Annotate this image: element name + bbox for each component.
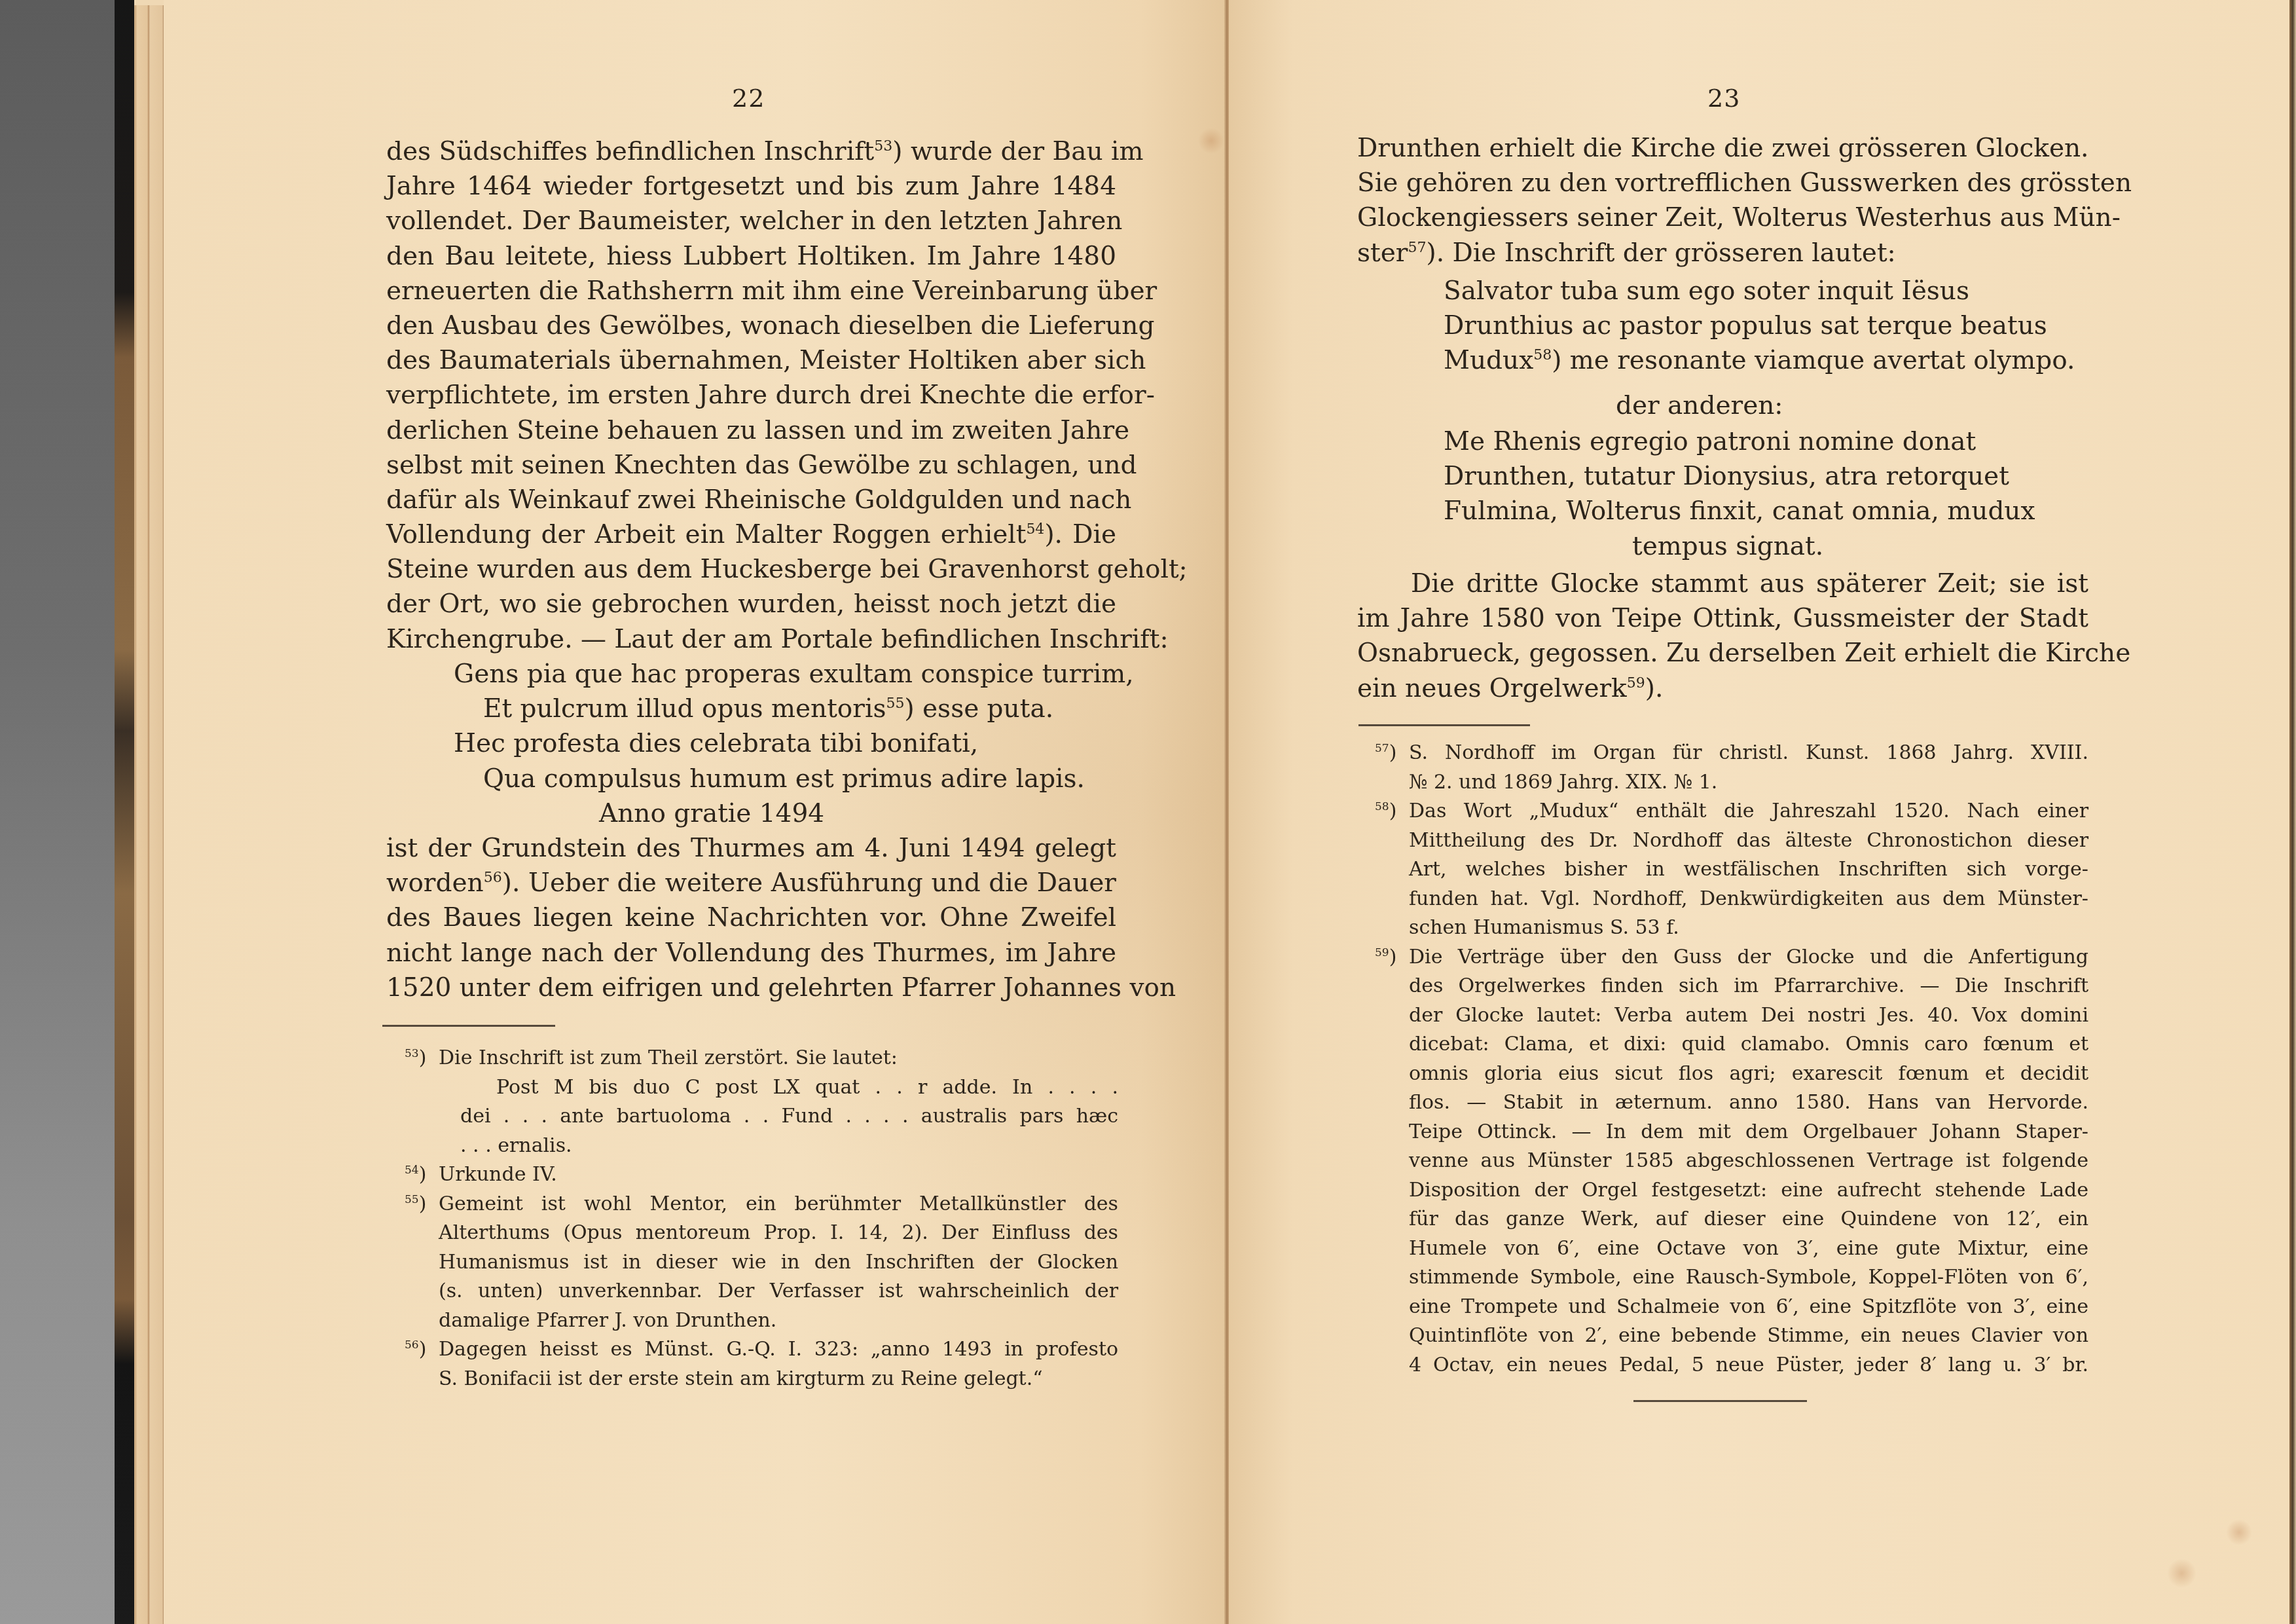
footnote-55-line: Alterthums (Opus mentoreum Prop. I. 14, …: [405, 1219, 1118, 1248]
footnote-59-line: Disposition der Orgel festgesetzt: eine …: [1375, 1176, 2088, 1206]
right-page-edge: [2289, 0, 2296, 1624]
left-footnotes: 53)Die Inschrift ist zum Theil zerstört.…: [405, 1044, 1118, 1393]
text-line: ist der Grundstein des Thurmes am 4. Jun…: [386, 831, 1116, 866]
footnote-59: 59)Die Verträge über den Guss der Glocke…: [1375, 943, 2088, 972]
footnote-55-line: (s. unten) unverkennbar. Der Verfasser i…: [405, 1277, 1118, 1306]
footnote-ref[interactable]: 54: [1026, 521, 1044, 538]
footnote-58: 58)Das Wort „Mudux“ enthält die Jahresza…: [1375, 797, 2088, 826]
paper-stain: [2226, 1519, 2252, 1545]
left-body-text: des Südschiffes befindlichen Inschrift53…: [386, 134, 1116, 657]
text-line: 1520 unter dem eifrigen und gelehrten Pf…: [386, 970, 1116, 1005]
text-line: nicht lange nach der Vollendung des Thur…: [386, 936, 1116, 970]
footnote-57: 57)S. Nordhoff im Organ für christl. Kun…: [1375, 739, 2088, 768]
verse-line: Qua compulsus humum est primus adire lap…: [386, 762, 1116, 796]
footnote-59-line: Humele von 6′, eine Octave von 3′, eine …: [1375, 1234, 2088, 1264]
footnote-ref[interactable]: 58: [1533, 347, 1552, 363]
footnote-59-line: dicebat: Clama, et dixi: quid clamabo. O…: [1375, 1030, 2088, 1060]
footnote-55-line: damalige Pfarrer J. von Drunthen.: [405, 1306, 1118, 1336]
verse-line: Mudux58) me resonante viamque avertat ol…: [1357, 343, 2088, 378]
footnote-53: 53)Die Inschrift ist zum Theil zerstört.…: [405, 1044, 1118, 1073]
text-line: ein neues Orgelwerk59).: [1357, 671, 2088, 706]
footnote-59-line: venne aus Münster 1585 abgeschlossenen V…: [1375, 1147, 2088, 1176]
text-line: ster57). Die Inschrift der grösseren lau…: [1357, 236, 2088, 270]
footnote-59-line: 4 Octav, ein neues Pedal, 5 neue Püster,…: [1375, 1351, 2088, 1380]
footnote-53-line: dei . . . ante bartuoloma . . Fund . . .…: [405, 1102, 1118, 1132]
verse-line: Drunthen, tutatur Dionysius, atra retorq…: [1357, 459, 2088, 494]
text-line: selbst mit seinen Knechten das Gewölbe z…: [386, 448, 1116, 483]
text-line: im Jahre 1580 von Teipe Ottink, Gussmeis…: [1357, 601, 2088, 636]
text-line: Glockengiessers seiner Zeit, Wolterus We…: [1357, 200, 2088, 235]
left-body-text-continued: ist der Grundstein des Thurmes am 4. Jun…: [386, 831, 1116, 1005]
footnote-59-line: der Glocke lautet: Verba autem Dei nostr…: [1375, 1001, 2088, 1031]
footnote-59-line: omnis gloria eius sicut flos agri; exare…: [1375, 1060, 2088, 1089]
paper-stain: [1198, 128, 1224, 154]
text-line: derlichen Steine behauen zu lassen und i…: [386, 413, 1116, 448]
footnote-59-line: für das ganze Werk, auf dieser eine Quin…: [1375, 1205, 2088, 1234]
page-number-left: 22: [732, 84, 765, 113]
text-line: vollendet. Der Baumeister, welcher in de…: [386, 204, 1116, 238]
verse-line: Gens pia que hac properas exultam conspi…: [386, 657, 1116, 692]
right-body-text-continued: Die dritte Glocke stammt aus späterer Ze…: [1357, 566, 2088, 706]
footnote-58-line: Art, welches bisher in westfälischen Ins…: [1375, 855, 2088, 885]
footnote-separator: [382, 1025, 555, 1027]
verse-line: Salvator tuba sum ego soter inquit Iësus: [1357, 274, 2088, 308]
verse-line: Et pulcrum illud opus mentoris55) esse p…: [386, 692, 1116, 726]
footnote-58-line: Mittheilung des Dr. Nordhoff das älteste…: [1375, 826, 2088, 856]
footnote-ref[interactable]: 53: [874, 138, 892, 155]
footnote-54: 54)Urkunde IV.: [405, 1160, 1118, 1190]
text-line: des Südschiffes befindlichen Inschrift53…: [386, 134, 1116, 169]
der-anderen-label: der anderen:: [1357, 388, 2088, 423]
text-line: des Baues liegen keine Nachrichten vor. …: [386, 900, 1116, 935]
verse-line: Drunthius ac pastor populus sat terque b…: [1357, 308, 2088, 343]
footnote-59-line: Teipe Ottinck. — In dem mit dem Orgelbau…: [1375, 1118, 2088, 1147]
page-edges: [134, 5, 164, 1624]
footnote-55: 55)Gemeint ist wohl Mentor, ein berühmte…: [405, 1190, 1118, 1219]
scanner-background: [0, 0, 115, 1624]
page-number-right: 23: [1707, 84, 1740, 113]
footnote-ref[interactable]: 55: [886, 695, 904, 712]
footnote-59-line: Quintinflöte von 2′, eine bebende Stimme…: [1375, 1321, 2088, 1351]
text-line: Osnabrueck, gegossen. Zu derselben Zeit …: [1357, 636, 2088, 671]
text-line: Vollendung der Arbeit ein Malter Roggen …: [386, 517, 1116, 552]
footnote-separator: [1358, 724, 1530, 726]
footnote-59-line: eine Trompete und Schalmeie von 6′, eine…: [1375, 1293, 2088, 1322]
text-line: den Bau leitete, hiess Lubbert Holtiken.…: [386, 239, 1116, 274]
footnote-58-line: funden hat. Vgl. Nordhoff, Denkwürdigkei…: [1375, 885, 2088, 914]
text-line: Steine wurden aus dem Huckesberge bei Gr…: [386, 552, 1116, 587]
footnote-ref[interactable]: 59: [1627, 675, 1645, 692]
text-line: der Ort, wo sie gebrochen wurden, heisst…: [386, 587, 1116, 621]
verse-line: Fulmina, Wolterus finxit, canat omnia, m…: [1357, 494, 2088, 528]
text-line: worden56). Ueber die weitere Ausführung …: [386, 866, 1116, 900]
text-line: den Ausbau des Gewölbes, wonach dieselbe…: [386, 308, 1116, 343]
footnote-58-line: schen Humanismus S. 53 f.: [1375, 913, 2088, 943]
footnote-53-line: Post M bis duo C post LX quat . . r adde…: [405, 1073, 1118, 1103]
footnote-59-line: stimmende Symbole, eine Rausch-Symbole, …: [1375, 1263, 2088, 1293]
verse-line: Anno gratie 1494: [386, 796, 1116, 831]
bell-inscription-1: Salvator tuba sum ego soter inquit Iësus…: [1357, 274, 2088, 378]
footnote-59-line: des Orgelwerkes finden sich im Pfarrarch…: [1375, 972, 2088, 1001]
footnote-ref[interactable]: 56: [484, 870, 502, 886]
left-inscription: Gens pia que hac properas exultam conspi…: [386, 657, 1116, 831]
footnote-55-line: Humanismus ist in dieser wie in den Insc…: [405, 1248, 1118, 1278]
text-line: Sie gehören zu den vortrefflichen Gusswe…: [1357, 166, 2088, 200]
footnote-ref[interactable]: 57: [1408, 240, 1426, 256]
right-footnotes: 57)S. Nordhoff im Organ für christl. Kun…: [1375, 739, 2088, 1380]
footnote-53-line: . . . ernalis.: [405, 1132, 1118, 1161]
bell-inscription-2: Me Rhenis egregio patroni nomine donat D…: [1357, 424, 2088, 564]
text-line: Die dritte Glocke stammt aus späterer Ze…: [1357, 566, 2088, 601]
text-line: verpflichtete, im ersten Jahre durch dre…: [386, 378, 1116, 413]
footnote-59-line: flos. — Stabit in æternum. anno 1580. Ha…: [1375, 1088, 2088, 1118]
footnote-56-line: S. Bonifacii ist der erste stein am kirg…: [405, 1365, 1118, 1394]
right-body-text: Drunthen erhielt die Kirche die zwei grö…: [1357, 131, 2088, 270]
footnote-56: 56)Dagegen heisst es Münst. G.-Q. I. 323…: [405, 1335, 1118, 1365]
text-line: des Baumaterials übernahmen, Meister Hol…: [386, 343, 1116, 378]
text-line: Drunthen erhielt die Kirche die zwei grö…: [1357, 131, 2088, 166]
verse-line: Hec profesta dies celebrata tibi bonifat…: [386, 726, 1116, 761]
footnote-57-line: № 2. und 1869 Jahrg. XIX. № 1.: [1375, 768, 2088, 798]
text-line: Jahre 1464 wieder fortgesetzt und bis zu…: [386, 169, 1116, 204]
book-binding: [115, 0, 134, 1624]
text-line: dafür als Weinkauf zwei Rheinische Goldg…: [386, 483, 1116, 517]
text-line: Kirchengrube. — Laut der am Portale befi…: [386, 622, 1116, 657]
text-line: erneuerten die Rathsherrn mit ihm eine V…: [386, 274, 1116, 308]
end-separator: [1633, 1400, 1807, 1402]
paper-stain: [2167, 1559, 2196, 1588]
verse-line: Me Rhenis egregio patroni nomine donat: [1357, 424, 2088, 459]
verse-line: tempus signat.: [1357, 529, 2088, 564]
